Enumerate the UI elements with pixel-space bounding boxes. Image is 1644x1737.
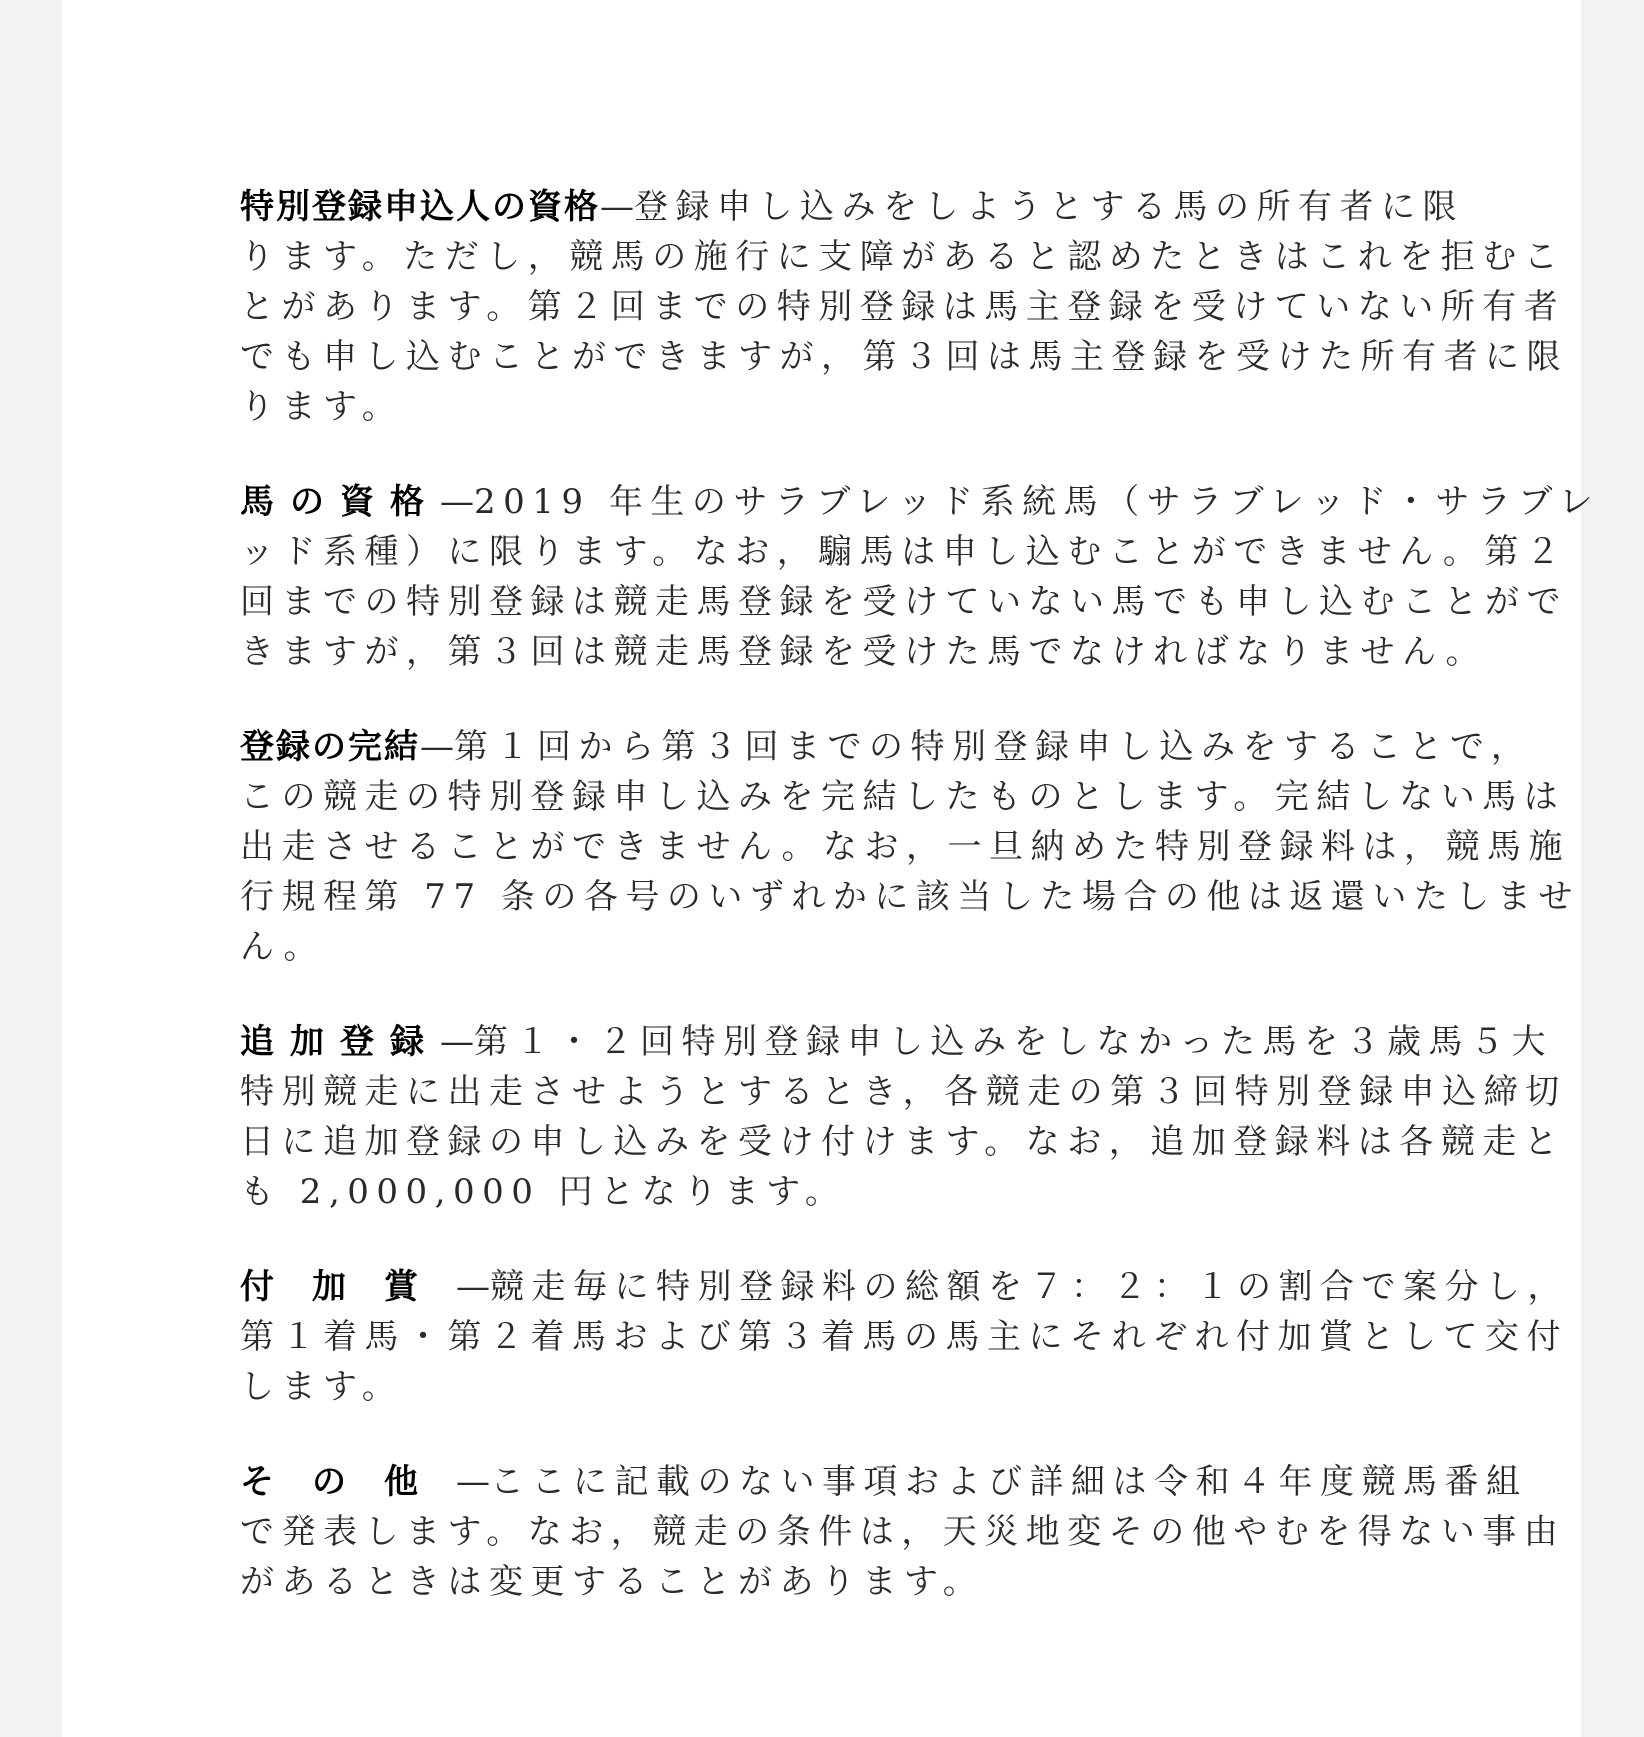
text-line: きますが，第３回は競走馬登録を受けた馬でなければなりません。 — [240, 627, 1390, 677]
line-text: 第１・２回特別登録申し込みをしなかった馬を３歳馬５大 — [474, 1022, 1553, 1062]
document-page: 特別登録申込人の資格—登録申し込みをしようとする馬の所有者に限 ります。ただし，… — [62, 0, 1581, 1737]
section-term: その他 — [240, 1462, 456, 1502]
text-line: とがあります。第２回までの特別登録は馬主登録を受けていない所有者 — [240, 282, 1390, 332]
em-dash: — — [600, 187, 634, 227]
section-additional-registration: 追加登録—第１・２回特別登録申し込みをしなかった馬を３歳馬５大 特別競走に出走さ… — [240, 1017, 1390, 1217]
em-dash: — — [456, 1267, 490, 1307]
line-text: 競走毎に特別登録料の総額を７：２：１の割合で案分し， — [490, 1267, 1569, 1307]
text-line: でも申し込むことができますが，第３回は馬主登録を受けた所有者に限 — [240, 332, 1390, 382]
em-dash: — — [440, 482, 474, 522]
section-term: 登録の完結 — [240, 727, 420, 767]
text-line: 特別競走に出走させようとするとき，各競走の第３回特別登録申込締切 — [240, 1067, 1390, 1117]
text-line: 追加登録—第１・２回特別登録申し込みをしなかった馬を３歳馬５大 — [240, 1017, 1390, 1067]
text-line: その他—ここに記載のない事項および詳細は令和４年度競馬番組 — [240, 1457, 1390, 1507]
line-text: ここに記載のない事項および詳細は令和４年度競馬番組 — [490, 1462, 1528, 1502]
em-dash: — — [456, 1462, 490, 1502]
em-dash: — — [420, 727, 454, 767]
line-text: 2019 年生のサラブレッド系統馬（サラブレッド・サラブレ — [474, 482, 1600, 522]
text-line: ん。 — [240, 922, 1390, 972]
text-line: ります。ただし，競馬の施行に支障があると認めたときはこれを拒むこ — [240, 232, 1390, 282]
text-line: 付加賞—競走毎に特別登録料の総額を７：２：１の割合で案分し， — [240, 1262, 1390, 1312]
text-line: します。 — [240, 1362, 1390, 1412]
em-dash: — — [440, 1022, 474, 1062]
text-line: 馬の資格—2019 年生のサラブレッド系統馬（サラブレッド・サラブレ — [240, 477, 1390, 527]
text-line: ります。 — [240, 382, 1390, 432]
text-line: 特別登録申込人の資格—登録申し込みをしようとする馬の所有者に限 — [240, 182, 1390, 232]
document-body: 特別登録申込人の資格—登録申し込みをしようとする馬の所有者に限 ります。ただし，… — [240, 182, 1390, 1652]
section-applicant-eligibility: 特別登録申込人の資格—登録申し込みをしようとする馬の所有者に限 ります。ただし，… — [240, 182, 1390, 432]
text-line: この競走の特別登録申し込みを完結したものとします。完結しない馬は — [240, 772, 1390, 822]
text-line: 日に追加登録の申し込みを受け付けます。なお，追加登録料は各競走と — [240, 1117, 1390, 1167]
text-line: 登録の完結—第１回から第３回までの特別登録申し込みをすることで， — [240, 722, 1390, 772]
text-line: 行規程第 77 条の各号のいずれかに該当した場合の他は返還いたしませ — [240, 872, 1390, 922]
text-line: 第１着馬・第２着馬および第３着馬の馬主にそれぞれ付加賞として交付 — [240, 1312, 1390, 1362]
text-line: で発表します。なお，競走の条件は，天災地変その他やむを得ない事由 — [240, 1507, 1390, 1557]
text-line: があるときは変更することがあります。 — [240, 1557, 1390, 1607]
text-line: ッド系種）に限ります。なお，騸馬は申し込むことができません。第２ — [240, 527, 1390, 577]
section-horse-eligibility: 馬の資格—2019 年生のサラブレッド系統馬（サラブレッド・サラブレ ッド系種）… — [240, 477, 1390, 677]
section-other: その他—ここに記載のない事項および詳細は令和４年度競馬番組 で発表します。なお，… — [240, 1457, 1390, 1607]
text-line: も 2,000,000 円となります。 — [240, 1167, 1390, 1217]
section-term: 馬の資格 — [240, 482, 440, 522]
section-term: 特別登録申込人の資格 — [240, 187, 600, 227]
line-text: 第１回から第３回までの特別登録申し込みをすることで， — [454, 727, 1532, 767]
section-added-prize: 付加賞—競走毎に特別登録料の総額を７：２：１の割合で案分し， 第１着馬・第２着馬… — [240, 1262, 1390, 1412]
section-term: 付加賞 — [240, 1267, 456, 1307]
text-line: 出走させることができません。なお，一旦納めた特別登録料は，競馬施 — [240, 822, 1390, 872]
text-line: 回までの特別登録は競走馬登録を受けていない馬でも申し込むことがで — [240, 577, 1390, 627]
section-registration-completion: 登録の完結—第１回から第３回までの特別登録申し込みをすることで， この競走の特別… — [240, 722, 1390, 972]
section-term: 追加登録 — [240, 1022, 440, 1062]
line-text: 登録申し込みをしようとする馬の所有者に限 — [634, 187, 1464, 227]
